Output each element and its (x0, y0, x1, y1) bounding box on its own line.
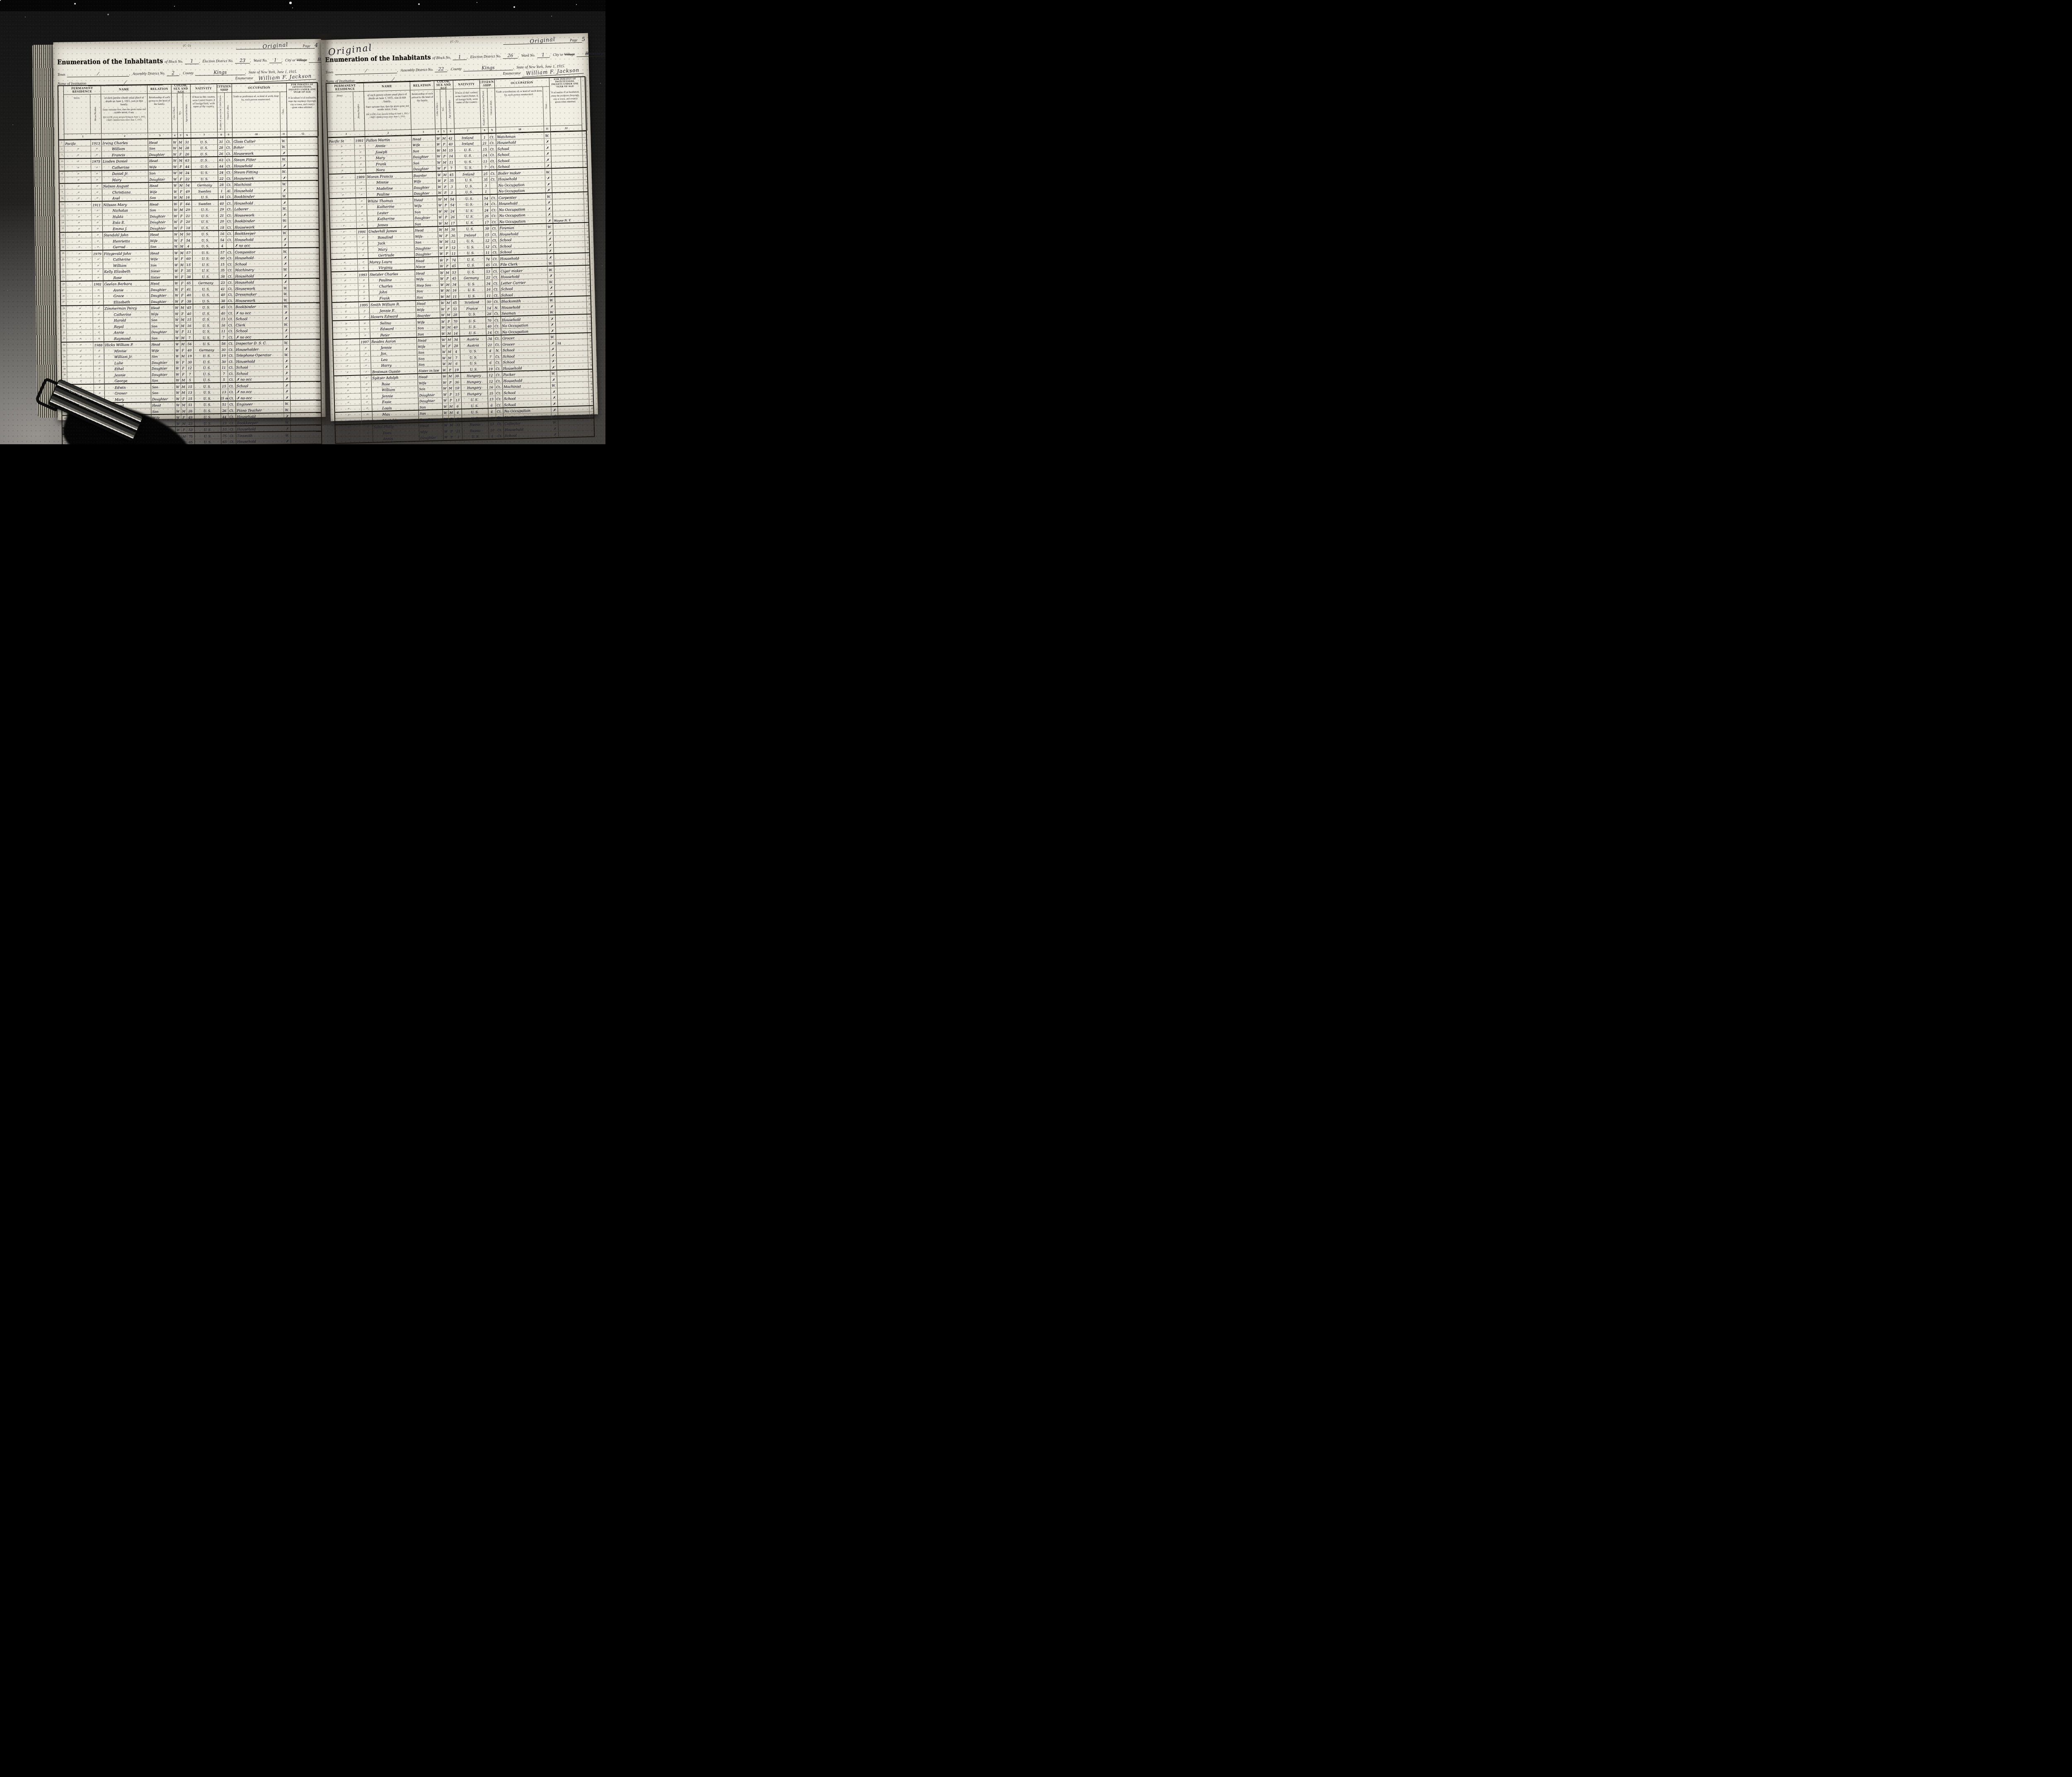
citizen-cell: Ct. (494, 317, 501, 322)
occupation-cell: ✗ no occ (234, 242, 282, 248)
line-number: 37 (588, 351, 593, 357)
relation-cell: Head (419, 422, 443, 429)
citizen-cell: Ct. (229, 433, 236, 438)
page-title: Enumeration of the Inhabitants (57, 58, 163, 66)
street-cell: 〃 (66, 305, 93, 311)
street-cell: 〃 (335, 399, 361, 406)
citizen-cell: Ct. (228, 389, 236, 395)
street-cell: 〃 (65, 165, 91, 170)
age-cell: 44 (184, 163, 191, 169)
class-cell: ✗ (550, 358, 557, 363)
age-cell: 40 (186, 347, 194, 353)
citizen-cell: Ct. (228, 414, 236, 419)
street-cell: 〃 (336, 436, 362, 443)
column-number: 9 (489, 128, 496, 133)
age-cell: 35 (448, 177, 456, 183)
color-cell: W (441, 337, 447, 342)
age-cell: 51 (452, 305, 459, 311)
name-cell: Kelly Elizabeth (103, 268, 150, 274)
name-cell: Brotman Gussie (371, 368, 418, 374)
class-cell: W. (552, 419, 558, 425)
occupation-cell: School (234, 260, 282, 266)
relation-cell: Head (148, 139, 172, 145)
age-cell: 23 (187, 420, 195, 426)
nativity-cell: Hungary (461, 372, 487, 378)
sex-cell: M (445, 281, 451, 287)
occupation-cell: Piano Teacher (236, 407, 284, 413)
class-cell: ✗ (545, 181, 552, 186)
years-in-us-cell: 65 (221, 438, 229, 444)
ad-value: 2 (167, 70, 179, 76)
age-cell: 35 (185, 267, 193, 273)
nativity-cell: Ireland (455, 140, 482, 146)
age-cell: 13 (454, 397, 462, 403)
years-in-us-cell: 30 (220, 358, 228, 364)
house-number-cell: 〃 (93, 287, 104, 293)
line-number: 5 (583, 155, 588, 161)
name-cell: Linden Daniel (102, 158, 148, 164)
name-cell: Annie (104, 329, 150, 335)
color-cell: W (442, 391, 448, 397)
color-cell: W (437, 178, 443, 184)
years-in-us-cell: 11 (220, 364, 228, 370)
page-label: Page (570, 38, 578, 42)
class-cell: ✗ (282, 254, 289, 260)
citizen-cell: Ct. (493, 310, 501, 316)
sex-cell: M (445, 293, 451, 299)
street-cell: 〃 (65, 189, 92, 195)
occupation-cell: ✗ no occ (236, 394, 284, 400)
age-cell: 28 (184, 145, 191, 150)
line-number: 7 (583, 168, 588, 174)
color-cell: W (174, 292, 180, 298)
class-cell: ✗ (281, 187, 288, 193)
sex-cell: F (449, 415, 455, 421)
house-number-cell: 〃 (360, 332, 370, 338)
color-cell: W (175, 377, 181, 383)
house-number-cell: 〃 (92, 195, 102, 201)
line-number: 18 (585, 235, 591, 240)
line-number: 16 (60, 232, 65, 238)
street-cell: 〃 (67, 366, 94, 372)
sex-cell: M (180, 322, 186, 328)
column-number: 2 (365, 130, 411, 136)
inmate-note-cell (557, 351, 588, 357)
house-number-cell: 〃 (355, 167, 366, 173)
citizen-cell: Ct. (494, 359, 502, 365)
citizen-cell: Ct. (228, 340, 235, 346)
name-cell: Hulda (103, 213, 149, 219)
citizen-cell: Ct. (226, 230, 234, 236)
inmate-note-cell (555, 284, 586, 290)
citizen-cell: Ct. (495, 390, 503, 395)
street-cell: 〃 (66, 299, 93, 305)
name-cell: Minnie (104, 347, 150, 353)
occupation-cell: Housework (234, 223, 282, 230)
street-cell: 〃 (334, 387, 361, 394)
sex-cell: F (179, 219, 185, 225)
nativity-cell: U. S. (192, 218, 219, 224)
nativity-cell: U. S. (193, 304, 220, 310)
inmate-note-cell (554, 241, 585, 247)
age-cell: 12 (450, 244, 457, 250)
nativity-cell: U. S. (194, 316, 220, 322)
relation-cell: Step Son (415, 281, 439, 288)
line-number: 4 (59, 159, 65, 165)
inmate-note-cell (551, 138, 582, 144)
sex-cell: F (182, 427, 187, 433)
relation-cell: Son (151, 390, 175, 395)
color-cell: W (174, 317, 180, 322)
citizen-cell: Ct. (489, 140, 496, 145)
color-cell: W (441, 324, 446, 330)
line-number: 28 (586, 296, 592, 302)
county-label: County (183, 71, 194, 75)
relation-cell: Son (417, 330, 441, 337)
census-page-right: Original (C-2) Original Page 5 Enumerati… (321, 33, 598, 421)
class-cell: ✗ (282, 236, 288, 242)
citizen-cell: Ct. (494, 329, 501, 334)
years-in-us-cell: 12 (487, 372, 495, 378)
occupation-cell: Household (236, 426, 284, 432)
color-cell: W (175, 371, 181, 377)
nativity-cell: Scotland (459, 299, 486, 305)
sex-cell: M (447, 349, 453, 354)
class-cell: ✗ (283, 315, 290, 321)
age-cell: 65 (452, 300, 459, 305)
inmate-note-cell (552, 168, 583, 174)
color-sex-age-group-head: COLOR, SEX AND AGE (434, 80, 454, 90)
age-cell: 6 (454, 403, 462, 409)
nativity-cell: U. S. (460, 348, 487, 354)
age-cell: 1 (455, 415, 462, 421)
house-number-cell: 〃 (357, 222, 368, 228)
citizen-cell: Ct. (496, 408, 503, 414)
line-number-column-head (581, 77, 588, 131)
relation-cell: Daughter (148, 151, 172, 157)
nativity-group-head: NATIVITY (453, 80, 480, 90)
class-cell: ✗ (546, 205, 553, 211)
house-number-cell: 1981 (354, 137, 365, 143)
class-cell: ✗ (547, 236, 554, 242)
age-cell: 40 (186, 292, 193, 298)
inmate-note-cell (555, 308, 587, 315)
inmate-note-cell (554, 235, 585, 241)
line-number: 30 (61, 318, 67, 324)
citizen-cell: Ct. (494, 323, 501, 329)
name-cell: Ethel (104, 366, 151, 372)
house-number-cell: 1995 (359, 302, 370, 307)
line-number: 8 (60, 184, 65, 189)
city-label-struck: Village (297, 58, 307, 62)
class-cell: W. (550, 370, 557, 376)
house-number-cell: 〃 (92, 226, 103, 232)
relation-cell: Daughter (149, 213, 173, 218)
city-value: Brooklyn New York (576, 50, 605, 57)
relation-cell: Wife (416, 318, 441, 324)
citizen-cell: Ct. (229, 438, 236, 444)
class-cell: ✗ (283, 376, 290, 382)
street-cell: 〃 (65, 208, 92, 213)
color-cell: W (174, 261, 179, 267)
original-script: Original (530, 36, 556, 45)
years-in-us-cell: 7 (220, 334, 228, 340)
census-table-left: PERMANENT RESIDENCEStreet.House Number.N… (58, 82, 322, 444)
nativity-cell: U. S. (459, 311, 486, 317)
color-cell: W (174, 329, 180, 334)
house-number-cell: 〃 (92, 214, 103, 220)
relation-cell: Daughter (150, 286, 174, 292)
line-number: 39 (588, 363, 594, 369)
citizen-cell: Ct. (225, 175, 233, 181)
relation-cell: Head (150, 341, 174, 347)
relation-cell: Boarder (413, 172, 437, 178)
census-table-right: PERMANENT RESIDENCEStreet.House Number.N… (326, 76, 595, 444)
name-cell: Gertrude (368, 251, 415, 258)
name-cell: Hicks William P. (104, 341, 150, 348)
relation-cell: Daughter (151, 359, 175, 365)
color-cell: W (175, 383, 181, 389)
book-gutter-shadow (314, 34, 333, 425)
street-cell: 〃 (67, 342, 93, 348)
sex-cell: M (448, 373, 453, 379)
nativity-desc: If born in this country, write United St… (191, 93, 218, 133)
age-cell: 4 (185, 243, 192, 249)
house-number-cell: 〃 (356, 204, 367, 210)
nativity-cell: U. S. (195, 433, 221, 438)
relation-cell: Daughter (150, 329, 174, 334)
age-cell: 30 (450, 232, 457, 238)
years-in-us-cell: 11 (482, 158, 489, 164)
ward-label: Ward No. (254, 58, 268, 63)
class-cell: ✗ (283, 346, 290, 351)
line-number: 28 (61, 306, 66, 312)
block-no-value: 1 (453, 54, 467, 60)
relation-cell: Daughter (419, 397, 443, 404)
census-scan-scene: (C-2) Original Page 4 Enumeration of the… (0, 0, 605, 444)
nativity-cell: Germany (192, 182, 218, 188)
relation-cell: Head (150, 249, 174, 255)
occupation-cell: Housework (233, 174, 281, 181)
years-in-us-cell: 1 (218, 188, 226, 194)
years-in-us-cell: 5 (220, 376, 228, 382)
line-number: 31 (61, 324, 67, 330)
age-cell: 4 (455, 409, 462, 415)
inmate-note-cell (554, 259, 586, 266)
inmate-note-cell (552, 174, 583, 180)
years-in-us-cell: 16 (220, 322, 228, 328)
years-in-us-cell: 14 (486, 329, 494, 335)
color-cell: W (175, 359, 181, 365)
years-in-us-cell: 4 (488, 408, 496, 414)
nativity-cell: U. S. (194, 377, 220, 383)
house-number-cell: 〃 (94, 372, 104, 378)
nativity-cell: Ireland (455, 171, 482, 177)
relation-group-head: RELATION (410, 81, 435, 90)
street-cell: 〃 (333, 332, 360, 339)
relation-cell: Son (417, 361, 441, 367)
citizen-cell: Ct. (494, 353, 502, 359)
class-cell: ✗ (544, 138, 551, 144)
class-cell: ✗ (549, 340, 556, 346)
census-page-left: (C-2) Original Page 4 Enumeration of the… (53, 39, 325, 420)
occupation-cell: Steam Fitting (233, 169, 281, 175)
class-cell: W. (547, 224, 553, 230)
sex-cell: F (443, 189, 449, 195)
class-cell: ✗ (551, 388, 557, 394)
street-cell: 〃 (65, 220, 92, 225)
age-cell: 38 (453, 373, 461, 379)
vertical-head: Number of years in the United States. (217, 93, 225, 132)
citizen-cell: Ct. (491, 207, 498, 213)
color-cell: W (441, 361, 447, 366)
street-cell: 〃 (67, 336, 93, 341)
nativity-cell: U. S. (191, 138, 218, 144)
citizen-cell: Ct. (228, 364, 235, 370)
class-cell: ✗ (548, 273, 554, 278)
nativity-cell: U. S. (456, 177, 482, 183)
color-cell: W (436, 172, 442, 177)
years-in-us-cell: 38 (484, 225, 491, 231)
line-number: 25 (586, 278, 591, 283)
street-cell: 〃 (331, 241, 357, 247)
citizen-cell: Ct. (227, 304, 235, 310)
column-number: 3 (148, 133, 172, 138)
relation-cell: Head (150, 305, 174, 310)
citizen-cell: Ct. (228, 370, 235, 376)
sex-cell: F (449, 434, 455, 440)
house-number-cell: 〃 (93, 324, 104, 329)
street-cell: 〃 (334, 393, 361, 399)
column-number: 2 (102, 133, 148, 139)
street-cell: 〃 (65, 177, 91, 183)
column-number: 1 (64, 134, 102, 140)
nativity-cell: U. S. (194, 334, 220, 340)
years-in-us-cell: 24 (218, 169, 225, 175)
relation-cell: Son (412, 159, 436, 165)
line-number: 8 (583, 174, 589, 179)
vertical-head: Sex. (177, 93, 184, 133)
years-in-us-cell: 60 (219, 255, 227, 261)
citizen-cell: Ct. (491, 225, 499, 231)
sex-cell: M (445, 287, 451, 293)
line-number: 15 (584, 216, 590, 222)
color-cell: W (172, 139, 178, 145)
citizen-cell: Ct. (495, 378, 503, 383)
years-in-us-cell: 57 (219, 249, 227, 255)
color-cell: W (442, 367, 448, 373)
citizen-cell: Ct. (228, 376, 235, 382)
house-number-cell: 〃 (91, 177, 102, 183)
class-cell: W. (283, 352, 290, 358)
inmate-note-cell (556, 327, 587, 333)
relation-cell: Wife (149, 188, 173, 194)
years-in-us-cell: 15 (484, 231, 491, 237)
sex-cell: M (179, 249, 185, 255)
line-number: 27 (61, 300, 66, 305)
citizen-cell: Al. (226, 188, 233, 194)
name-cell: Mary (102, 176, 148, 182)
name-cell: Daniel Jr. (102, 170, 148, 177)
class-cell: ✗ (284, 413, 290, 419)
occupation-cell: School (504, 431, 552, 438)
color-cell: W (438, 220, 444, 226)
sex-cell: F (448, 379, 454, 385)
age-cell: 14 (453, 330, 460, 336)
class-cell: W. (551, 382, 557, 388)
sex-cell: M (181, 353, 186, 359)
relation-cell: Daughter (148, 176, 172, 182)
line-number: 41 (588, 375, 594, 381)
occupation-cell: School (235, 315, 283, 322)
house-number-cell: 〃 (357, 247, 368, 252)
inmate-note-cell (557, 381, 589, 387)
inmate-note-cell (558, 412, 590, 418)
class-cell: ✗ (547, 242, 554, 247)
age-cell: 38 (185, 274, 193, 279)
relation-cell: Sister (150, 274, 174, 279)
color-cell: W (437, 202, 443, 208)
sex-cell: M (179, 182, 184, 188)
class-cell: ✗ (550, 364, 557, 370)
years-in-us-cell: 15 (221, 383, 228, 389)
years-in-us-cell: 28 (218, 144, 225, 150)
house-number-cell: 〃 (356, 198, 367, 204)
years-in-us-cell: 7 (487, 353, 494, 359)
color-cell: W (438, 208, 443, 214)
years-in-us-cell: 18 (219, 224, 226, 230)
nativity-group-head: NATIVITY (191, 84, 217, 93)
years-in-us-cell: 16 (488, 384, 495, 390)
house-number-cell: 〃 (93, 312, 104, 317)
sex-cell: M (179, 194, 184, 200)
citizen-cell: Ct. (491, 219, 499, 225)
nativity-cell: U. S. (194, 341, 220, 346)
name-desc: of each person whose usual place of abod… (364, 90, 411, 131)
citizen-cell: Ct. (228, 316, 235, 322)
house-number-cell: 〃 (92, 269, 103, 274)
nativity-cell: U. S. (192, 194, 218, 200)
relation-cell: Niece (415, 263, 439, 269)
color-cell: W (174, 347, 180, 353)
sex-cell: M (181, 377, 186, 383)
sex-cell: M (182, 420, 187, 426)
relation-cell: Wife (415, 276, 439, 282)
color-cell: W (436, 135, 441, 141)
class-cell: W. (283, 321, 290, 327)
name-cell: Harold (104, 317, 150, 323)
line-number: 7 (59, 177, 65, 183)
line-number: 3 (583, 143, 588, 149)
line-number: 22 (61, 269, 66, 275)
line-number: 48 (590, 418, 595, 424)
class-cell: ✗ (545, 144, 551, 150)
name-cell: Stendahl John (103, 232, 149, 238)
line-number: 20 (585, 247, 591, 252)
occupation-cell: Dressmaker (235, 291, 283, 297)
citizen-cell: Ct. (491, 249, 499, 255)
color-cell: W (439, 257, 445, 263)
ad-value: 22 (435, 66, 447, 73)
class-cell: W. (283, 297, 289, 303)
table-header: PERMANENT RESIDENCEStreet.House Number.N… (327, 77, 586, 138)
age-cell: 6 (453, 361, 460, 366)
age-cell: 40 (186, 310, 193, 316)
color-cell: W (172, 157, 178, 163)
class-cell: ✗ (283, 327, 290, 333)
relation-cell: Son (419, 410, 443, 416)
state-date-label: State of New York, June 1, 1915. (249, 70, 297, 74)
